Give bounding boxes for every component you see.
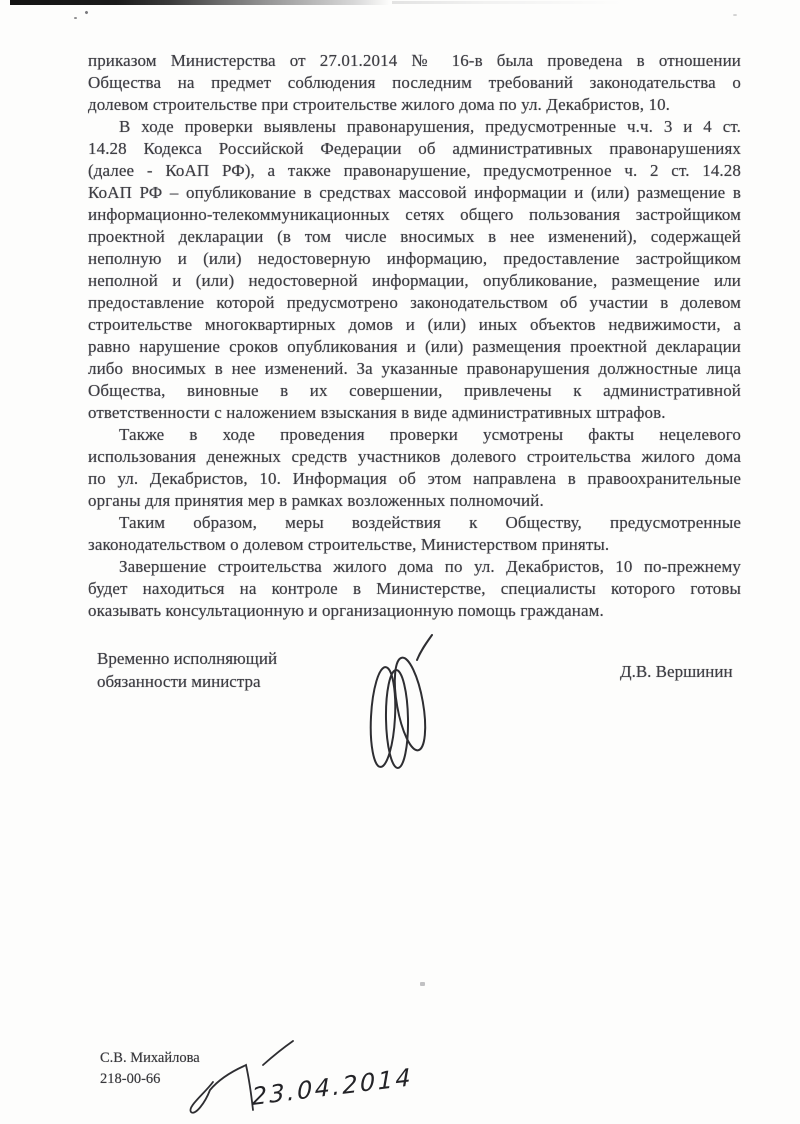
- text-line: Завершение строительства жилого дома по …: [88, 556, 741, 578]
- text-line: предоставление которой предусмотрено зак…: [88, 292, 741, 314]
- signer-title-line2: обязанности министра: [97, 671, 277, 694]
- scan-speck: [74, 17, 77, 19]
- text-line: либо вносимых в нее изменений. За указан…: [88, 358, 741, 380]
- text-line: законодательством о долевом строительств…: [88, 534, 741, 556]
- text-line: долевом строительстве при строительстве …: [88, 94, 741, 116]
- text-line: неполной и (или) недостоверной информаци…: [88, 270, 741, 292]
- text-line: Таким образом, меры воздействия к Общест…: [88, 512, 741, 534]
- text-line: равно нарушение сроков опубликования и (…: [88, 336, 741, 358]
- text-line: информационно-телекоммуникационных сетях…: [88, 204, 741, 226]
- text-line: неполную и (или) недостоверную информаци…: [88, 248, 741, 270]
- scan-artifact-top-faint: [392, 1, 622, 4]
- text-line: В ходе проверки выявлены правонарушения,…: [88, 116, 741, 138]
- text-line: по ул. Декабристов, 10. Информация об эт…: [88, 468, 741, 490]
- document-body-text: приказом Министерства от 27.01.2014 № 16…: [88, 50, 741, 622]
- signer-name: Д.В. Вершинин: [620, 662, 733, 682]
- text-line: Общества на предмет соблюдения последним…: [88, 72, 741, 94]
- text-line: приказом Министерства от 27.01.2014 № 16…: [88, 50, 741, 72]
- signer-title: Временно исполняющий обязанности министр…: [97, 648, 277, 693]
- scan-speck: [420, 982, 425, 986]
- text-line: проектной декларации (в том числе вносим…: [88, 226, 741, 248]
- scanned-document-page: приказом Министерства от 27.01.2014 № 16…: [0, 0, 800, 1124]
- scan-speck: [733, 14, 737, 16]
- text-line: КоАП РФ – опубликование в средствах масс…: [88, 182, 741, 204]
- text-line: ответственности с наложением взыскания в…: [88, 402, 741, 424]
- text-line: строительстве многоквартирных домов и (и…: [88, 314, 741, 336]
- text-line: 14.28 Кодекса Российской Федерации об ад…: [88, 138, 741, 160]
- text-line: Также в ходе проведения проверки усмотре…: [88, 424, 741, 446]
- text-line: (далее - КоАП РФ), а также правонарушени…: [88, 160, 741, 182]
- minister-signature-icon: [345, 632, 455, 782]
- text-line: Общества, виновные в их совершении, прив…: [88, 380, 741, 402]
- scan-artifact-top: [10, 0, 390, 5]
- text-line: органы для принятия мер в рамках возложе…: [88, 490, 741, 512]
- text-line: использования денежных средств участнико…: [88, 446, 741, 468]
- scan-speck: [84, 10, 88, 14]
- text-line: будет находиться на контроле в Министерс…: [88, 578, 741, 600]
- signer-title-line1: Временно исполняющий: [97, 648, 277, 671]
- text-line: оказывать консультационную и организацио…: [88, 600, 741, 622]
